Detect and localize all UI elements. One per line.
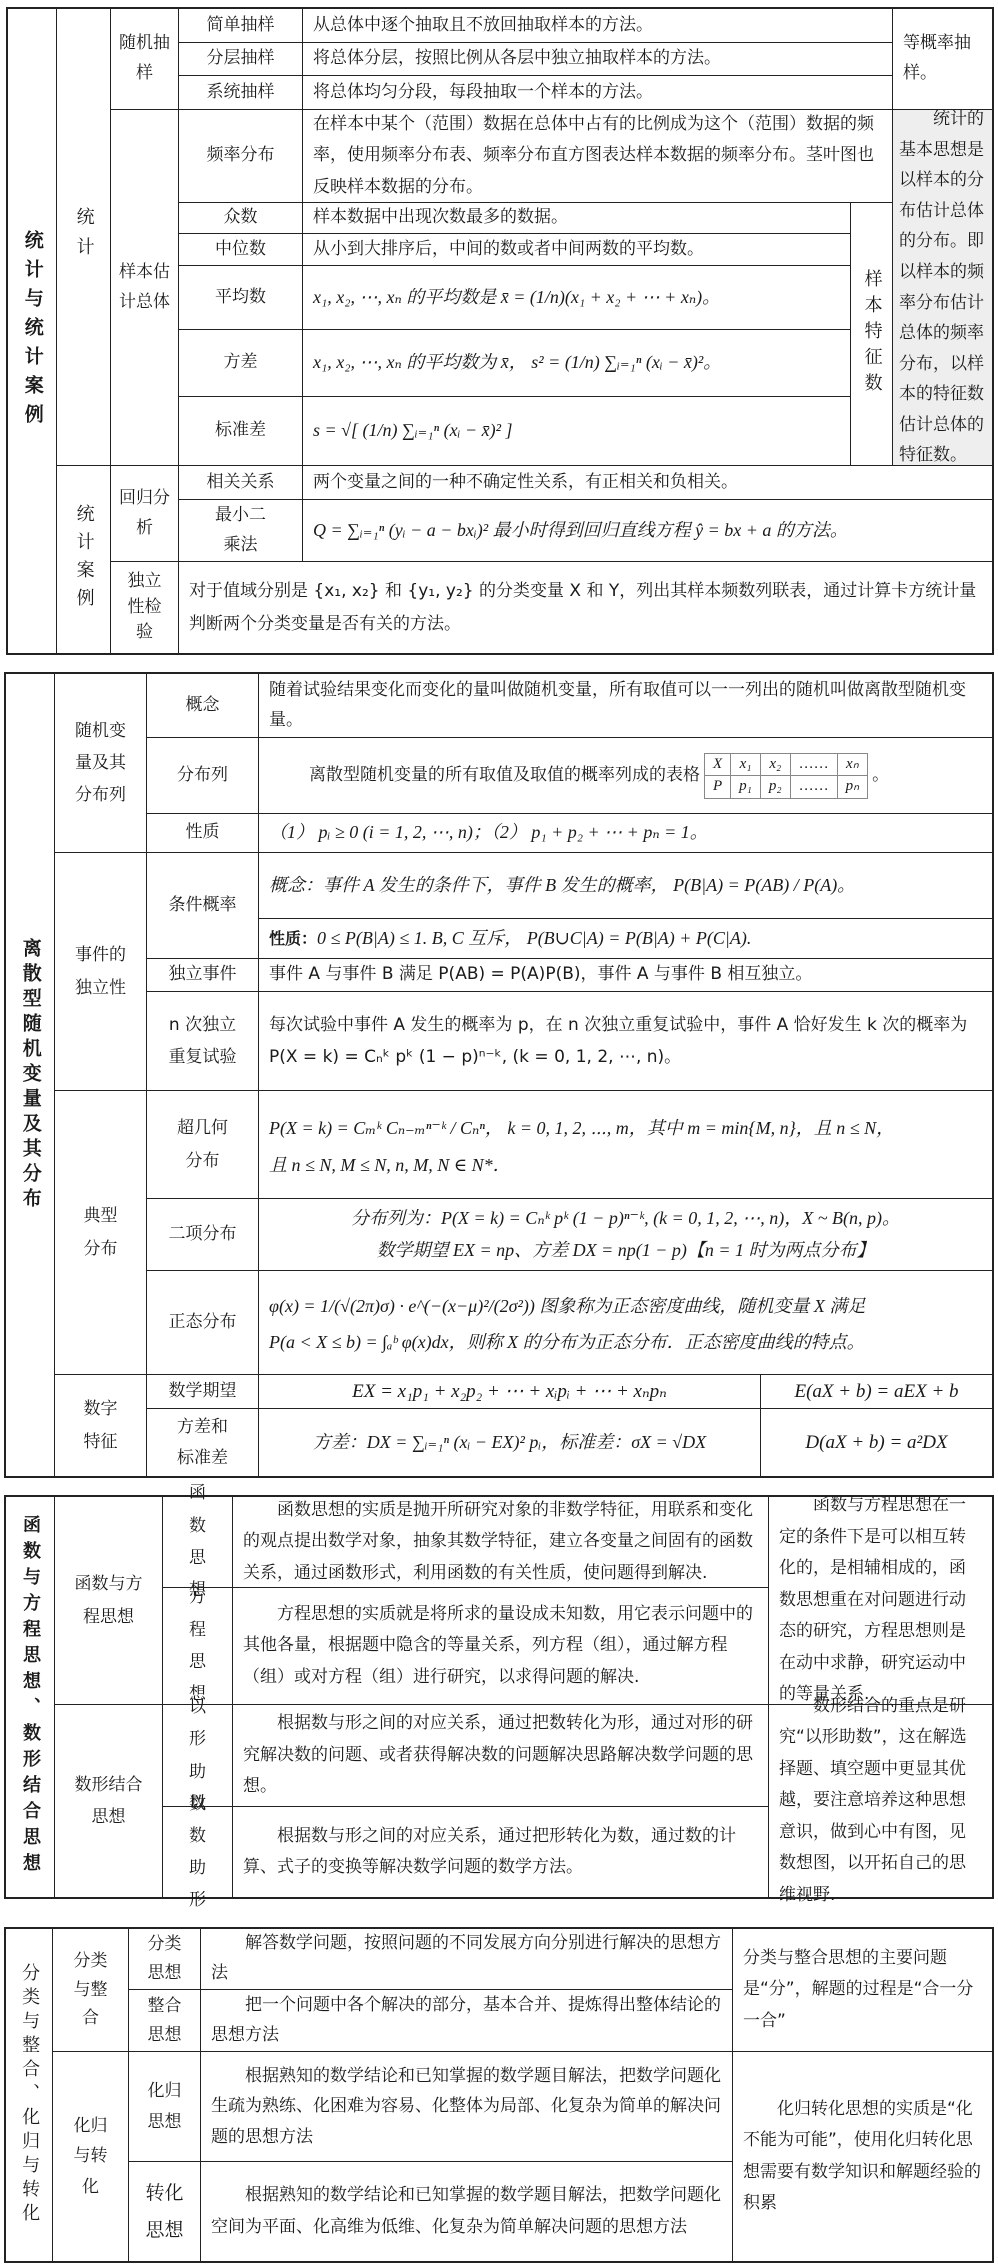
row-text-frequency: 在样本中某个（范围）数据在总体中占有的比例成为这个（范围）数据的频率，使用频率分…: [302, 109, 892, 202]
row-label-hypergeometric: 超几何分布: [146, 1090, 258, 1198]
row-text: 根据数与形之间的对应关系，通过把数转化为形，通过对形的研究解决数的问题、或者获得…: [232, 1704, 768, 1806]
note-equal-probability: 等概率抽样。: [892, 9, 992, 109]
row-text: 根据数与形之间的对应关系，通过把形转化为数，通过数的计算、式子的变换等解决数学问…: [232, 1806, 768, 1897]
formula-conditional-property: 性质： 0 ≤ P(B|A) ≤ 1. B, C 互斥， P(B∪C|A) = …: [258, 918, 992, 958]
row-label-conditional: 条件概率: [146, 852, 258, 958]
group-shape-number: 数形结合思想: [54, 1704, 162, 1897]
row-label-concept: 概念: [146, 674, 258, 737]
classification-reduction-table: 分类与整合、化归与转化 分类与整合 分类思想 解答数学问题，按照问题的不同发展方…: [4, 1927, 994, 2263]
group-sample-estimate: 样本估计总体: [110, 109, 178, 465]
discrete-rv-table: 离散型随机变量及其分布 随机变量及其分布列 概念 随着试验结果变化而变化的量叫做…: [4, 672, 994, 1478]
group-classify-integrate: 分类与整合: [52, 1929, 128, 2051]
section-title: 离散型随机变量及其分布: [6, 674, 54, 1476]
row-text: 将总体均匀分段，每段抽取一个样本的方法。: [302, 75, 892, 109]
row-text: 根据熟知的数学结论和已知掌握的数学题目解法，把数学问题化空间为平面、化高维为低维…: [200, 2161, 732, 2261]
row-label: 系统抽样: [178, 75, 302, 109]
row-label: 简单抽样: [178, 9, 302, 42]
formula-std-dev: s = √[ (1/n) ∑ᵢ₌₁ⁿ (xᵢ − x̄)² ]: [302, 396, 850, 465]
group-random-sampling: 随机抽样: [110, 9, 178, 109]
row-label: 中位数: [178, 233, 302, 265]
formula-least-squares: Q = ∑ᵢ₌₁ⁿ (yᵢ − a − bxᵢ)² 最小时得到回归直线方程 ŷ …: [302, 499, 992, 561]
note-shape-number: 数形结合的重点是研究“以形助数”，这在解选择题、填空题中更显其优越，要注意培养这…: [768, 1704, 992, 1897]
row-text: 样本数据中出现次数最多的数据。: [302, 202, 850, 233]
row-label-repeated: n 次独立重复试验: [146, 991, 258, 1090]
formula-conditional-concept: 概念：事件 A 发生的条件下，事件 B 发生的概率， P(B|A) = P(AB…: [258, 852, 992, 918]
distribution-table: Xx₁x₂……xₙ Pp₁p₂……pₙ: [704, 753, 868, 799]
group-regression: 回归分析: [110, 465, 178, 561]
row-label: 方程思想: [162, 1587, 232, 1704]
row-label-expectation: 数学期望: [146, 1374, 258, 1408]
row-text: 函数思想的实质是抛开所研究对象的非数学特征，用联系和变化的观点提出数学对象，抽象…: [232, 1497, 768, 1587]
row-label-frequency: 频率分布: [178, 109, 302, 202]
row-label-binomial: 二项分布: [146, 1198, 258, 1270]
row-label: 众数: [178, 202, 302, 233]
row-text: 把一个问题中各个解决的部分，基本合并、提炼得出整体结论的思想方法: [200, 1989, 732, 2051]
formula-normal: φ(x) = 1/(√(2π)σ) · e^(−(x−μ)²/(2σ²)) 图象…: [258, 1270, 992, 1374]
row-label: 转化思想: [128, 2161, 200, 2261]
row-text: 将总体分层，按照比例从各层中独立抽取样本的方法。: [302, 42, 892, 75]
group-random-variable: 随机变量及其分布列: [54, 674, 146, 852]
formula-hypergeometric: P(X = k) = Cₘᵏ Cₙ₋ₘⁿ⁻ᵏ / Cₙⁿ， k = 0, 1, …: [258, 1090, 992, 1198]
group-numerical-features: 数字特征: [54, 1374, 146, 1476]
note-function-equation: 函数与方程思想在一定的条件下是可以相互转化的，是相辅相成的，函数思想重在对问题进…: [768, 1497, 992, 1704]
row-label-property: 性质: [146, 813, 258, 852]
row-text: 两个变量之间的一种不确定性关系，有正相关和负相关。: [302, 465, 992, 499]
subsection-statistical-cases: 统计案例: [56, 465, 110, 653]
row-label: 分类思想: [128, 1929, 200, 1989]
row-text: 从总体中逐个抽取且不放回抽取样本的方法。: [302, 9, 892, 42]
statistics-table: 统计与统计案例 统计 统计案例 随机抽样 简单抽样 从总体中逐个抽取且不放回抽取…: [6, 7, 994, 655]
row-label: 分层抽样: [178, 42, 302, 75]
row-label: 相关关系: [178, 465, 302, 499]
formula-expectation: EX = x₁p₁ + x₂p₂ + ⋯ + xᵢpᵢ + ⋯ + xₙpₙ: [258, 1374, 760, 1408]
group-typical-distributions: 典型分布: [54, 1090, 146, 1374]
row-label: 方差: [178, 329, 302, 396]
label-independence-test: 独立性检验: [110, 561, 178, 653]
row-text-repeated: 每次试验中事件 A 发生的概率为 p，在 n 次独立重复试验中，事件 A 恰好发…: [258, 991, 992, 1090]
formula-variance: 方差：DX = ∑ᵢ₌₁ⁿ (xᵢ − EX)² pᵢ，标准差：σX = √DX: [258, 1408, 760, 1476]
row-text-concept: 随着试验结果变化而变化的量叫做随机变量，所有取值可以一一列出的随机叫做离散型随机…: [258, 674, 992, 737]
row-label-variance: 方差和标准差: [146, 1408, 258, 1476]
row-text: 解答数学问题，按照问题的不同发展方向分别进行解决的思想方法: [200, 1929, 732, 1989]
formula-mean: x₁, x₂, ⋯, xₙ 的平均数是 x̄ = (1/n)(x₁ + x₂ +…: [302, 265, 850, 329]
section-title: 函数与方程思想、数形结合思想: [6, 1497, 54, 1897]
row-label: 最小二乘法: [178, 499, 302, 561]
row-label: 平均数: [178, 265, 302, 329]
row-text-independent: 事件 A 与事件 B 满足 P(AB) = P(A)P(B)，事件 A 与事件 …: [258, 958, 992, 991]
row-label-independent: 独立事件: [146, 958, 258, 991]
function-equation-table: 函数与方程思想、数形结合思想 函数与方程思想 函数思想 函数思想的实质是抛开所研…: [4, 1495, 994, 1899]
note-basic-idea: 统计的基本思想是以样本的分布估计总体的分布。即以样本的频率分布估计总体的频率分布…: [892, 109, 992, 465]
section-title: 统计与统计案例: [8, 9, 56, 653]
subsection-statistics: 统计: [56, 9, 110, 465]
row-label-normal: 正态分布: [146, 1270, 258, 1374]
formula-expectation-linear: E(aX + b) = aEX + b: [760, 1374, 992, 1408]
row-label-dist: 分布列: [146, 737, 258, 813]
formula-variance: x₁, x₂, ⋯, xₙ 的平均数为 x̄， s² = (1/n) ∑ᵢ₌₁ⁿ…: [302, 329, 850, 396]
group-function-equation: 函数与方程思想: [54, 1497, 162, 1704]
row-label: 化归思想: [128, 2051, 200, 2161]
row-dist: 离散型随机变量的所有取值及取值的概率列成的表格 Xx₁x₂……xₙ Pp₁p₂……: [258, 737, 992, 813]
row-label: 以数助形: [162, 1806, 232, 1897]
group-event-independence: 事件的独立性: [54, 852, 146, 1090]
note-classify-integrate: 分类与整合思想的主要问题是“分”，解题的过程是“合一分一合”: [732, 1929, 992, 2051]
row-text: 根据熟知的数学结论和已知掌握的数学题目解法，把数学问题化生疏为熟练、化困难为容易…: [200, 2051, 732, 2161]
row-text-property: （1） pᵢ ≥ 0 (i = 1, 2, ⋯, n)；（2） p₁ + p₂ …: [258, 813, 992, 852]
row-text: 方程思想的实质就是将所求的量设成未知数，用它表示问题中的其他各量，根据题中隐含的…: [232, 1587, 768, 1704]
text-independence-test: 对于值域分别是 {x₁, x₂} 和 {y₁, y₂} 的分类变量 X 和 Y，…: [178, 561, 992, 653]
group-reduction-transform: 化归与转化: [52, 2051, 128, 2261]
label-sample-features: 样本特征数: [850, 202, 892, 465]
row-label: 函数思想: [162, 1497, 232, 1587]
formula-variance-linear: D(aX + b) = a²DX: [760, 1408, 992, 1476]
note-reduction-transform: 化归转化思想的实质是“化不能为可能”，使用化归转化思想需要有数学知识和解题经验的…: [732, 2051, 992, 2261]
row-label: 标准差: [178, 396, 302, 465]
section-title: 分类与整合、化归与转化: [6, 1929, 52, 2261]
formula-binomial: 分布列为：P(X = k) = Cₙᵏ pᵏ (1 − p)ⁿ⁻ᵏ, (k = …: [258, 1198, 992, 1270]
row-label: 整合思想: [128, 1989, 200, 2051]
row-text: 从小到大排序后，中间的数或者中间两数的平均数。: [302, 233, 850, 265]
